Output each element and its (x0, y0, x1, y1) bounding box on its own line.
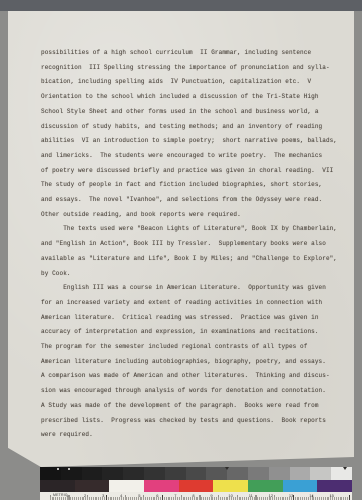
calibration-bar: METRIC 123456789101112131415 (40, 467, 352, 500)
grayscale-strip (40, 467, 352, 480)
color-swatch (179, 480, 214, 492)
scanner-background: possibilities of a high school curriculu… (0, 0, 362, 500)
color-swatch (123, 467, 144, 480)
color-swatch (40, 480, 75, 492)
color-swatch (109, 480, 144, 492)
registration-triangle (343, 467, 347, 470)
color-swatch (165, 467, 186, 480)
color-swatch (331, 467, 352, 480)
color-swatch (186, 467, 207, 480)
paragraph-texts-used: The texts used were "Beacon Lights of Li… (41, 222, 344, 281)
paragraph-english-iii: English III was a course in American Lit… (41, 281, 344, 443)
color-swatch (82, 467, 103, 480)
registration-dot (68, 468, 70, 470)
color-swatch (75, 480, 110, 492)
color-swatch (248, 480, 283, 492)
color-swatch (317, 480, 352, 492)
color-swatch (283, 480, 318, 492)
color-swatch (213, 480, 248, 492)
color-patch-strip (40, 480, 352, 492)
color-swatch (144, 467, 165, 480)
color-swatch (248, 467, 269, 480)
color-swatch (290, 467, 311, 480)
color-swatch (102, 467, 123, 480)
metric-ruler: METRIC 123456789101112131415 (40, 492, 352, 500)
registration-triangle (225, 467, 229, 470)
typed-text: possibilities of a high school curriculu… (41, 46, 344, 443)
color-swatch (269, 467, 290, 480)
document-page: possibilities of a high school curriculu… (8, 11, 354, 467)
paragraph-course-outline: possibilities of a high school curriculu… (41, 46, 344, 222)
color-swatch (227, 467, 248, 480)
scanner-top-band (0, 0, 362, 11)
color-swatch (144, 480, 179, 492)
color-swatch (310, 467, 331, 480)
registration-dot (57, 468, 59, 470)
color-swatch (61, 467, 82, 480)
